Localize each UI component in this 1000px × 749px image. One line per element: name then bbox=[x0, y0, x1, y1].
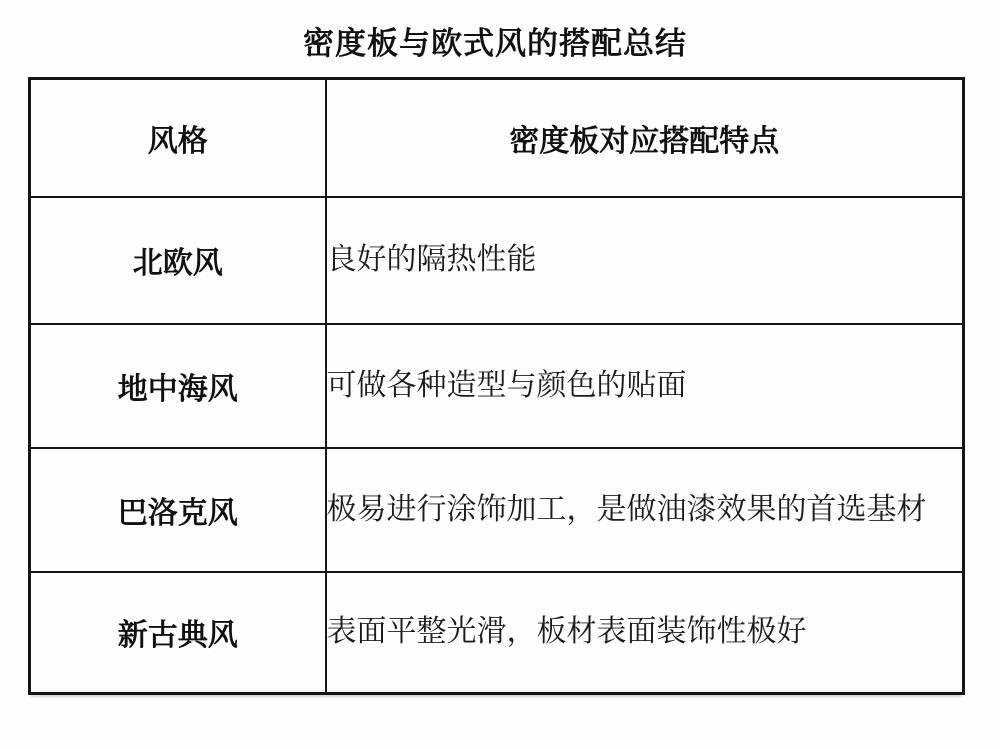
style-cell-mediterranean: 地中海风 bbox=[30, 324, 326, 448]
style-cell-nordic: 北欧风 bbox=[30, 197, 326, 324]
feature-cell-neoclassical: 表面平整光滑，板材表面装饰性极好 bbox=[326, 572, 964, 694]
table-header-row: 风格 密度板对应搭配特点 bbox=[30, 79, 964, 197]
column-header-feature: 密度板对应搭配特点 bbox=[326, 79, 964, 197]
feature-cell-nordic: 良好的隔热性能 bbox=[326, 197, 964, 324]
table-row: 新古典风 表面平整光滑，板材表面装饰性极好 bbox=[30, 572, 964, 694]
feature-cell-mediterranean: 可做各种造型与颜色的贴面 bbox=[326, 324, 964, 448]
style-match-table: 风格 密度板对应搭配特点 北欧风 良好的隔热性能 地中海风 可做各种造型与颜色的… bbox=[28, 77, 965, 695]
table-row: 巴洛克风 极易进行涂饰加工，是做油漆效果的首选基材 bbox=[30, 448, 964, 572]
table-row: 地中海风 可做各种造型与颜色的贴面 bbox=[30, 324, 964, 448]
page-title: 密度板与欧式风的搭配总结 bbox=[28, 18, 962, 63]
feature-cell-baroque: 极易进行涂饰加工，是做油漆效果的首选基材 bbox=[326, 448, 964, 572]
column-header-style: 风格 bbox=[30, 79, 326, 197]
style-cell-baroque: 巴洛克风 bbox=[30, 448, 326, 572]
table-row: 北欧风 良好的隔热性能 bbox=[30, 197, 964, 324]
style-cell-neoclassical: 新古典风 bbox=[30, 572, 326, 694]
